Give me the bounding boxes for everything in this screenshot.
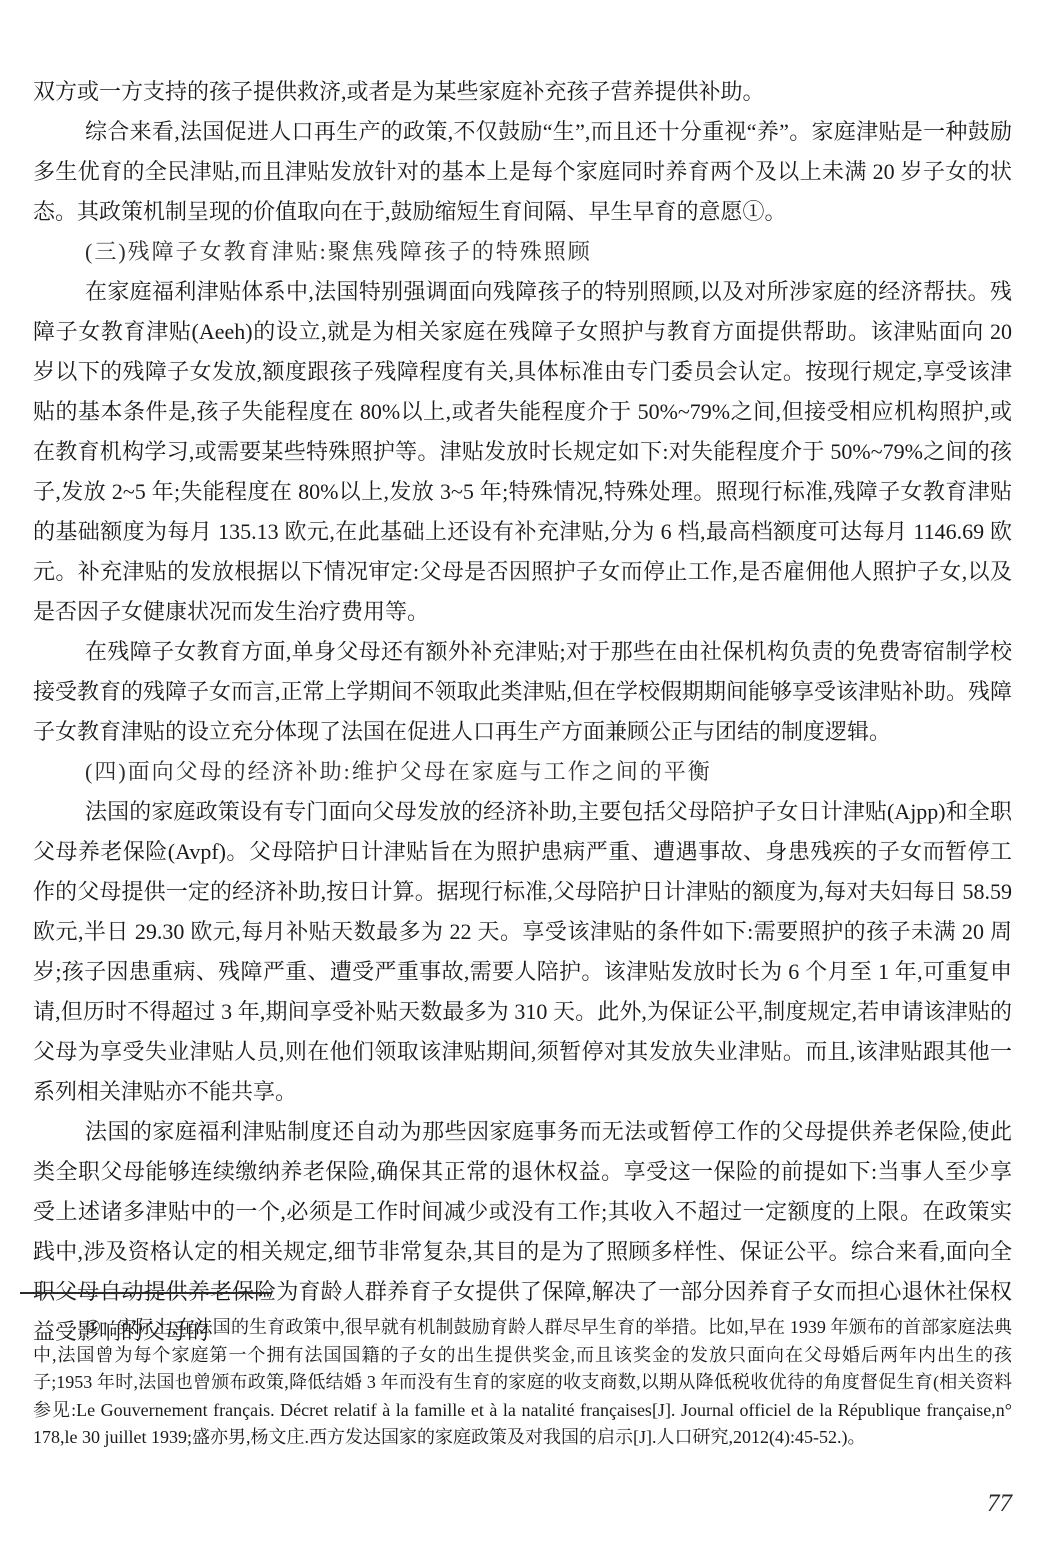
footnote-text: 实际上,在法国的生育政策中,很早就有机制鼓励育龄人群尽早生育的举措。比如,早在 … <box>33 1317 1012 1447</box>
footnote-divider <box>20 1292 272 1294</box>
paragraph-aeeh-single-parents: 在残障子女教育方面,单身父母还有额外补充津贴;对于那些在由社保机构负责的免费寄宿… <box>33 632 1012 752</box>
paragraph-ajpp-avpf-details: 法国的家庭政策设有专门面向父母发放的经济补助,主要包括父母陪护子女日计津贴(Aj… <box>33 792 1012 1112</box>
page-body-text: 双方或一方支持的孩子提供救济,或者是为某些家庭补充孩子营养提供补助。 综合来看,… <box>33 72 1012 1352</box>
footnote-marker: ① <box>85 1317 101 1337</box>
footnote-area: ①实际上,在法国的生育政策中,很早就有机制鼓励育龄人群尽早生育的举措。比如,早在… <box>33 1292 1012 1452</box>
page-number: 77 <box>987 1490 1012 1518</box>
paragraph-aeeh-details: 在家庭福利津贴体系中,法国特别强调面向残障孩子的特别照顾,以及对所涉家庭的经济帮… <box>33 272 1012 632</box>
paragraph-continuation: 双方或一方支持的孩子提供救济,或者是为某些家庭补充孩子营养提供补助。 <box>33 72 1012 112</box>
footnote: ①实际上,在法国的生育政策中,很早就有机制鼓励育龄人群尽早生育的举措。比如,早在… <box>33 1314 1012 1452</box>
section-heading-3-disabled-children-education-allowance: (三)残障子女教育津贴:聚焦残障孩子的特殊照顾 <box>33 232 1012 272</box>
section-heading-4-parental-economic-subsidy: (四)面向父母的经济补助:维护父母在家庭与工作之间的平衡 <box>33 752 1012 792</box>
paragraph-summary-family-allowance: 综合来看,法国促进人口再生产的政策,不仅鼓励“生”,而且还十分重视“养”。家庭津… <box>33 112 1012 232</box>
document-page: 双方或一方支持的孩子提供救济,或者是为某些家庭补充孩子营养提供补助。 综合来看,… <box>0 0 1045 1548</box>
